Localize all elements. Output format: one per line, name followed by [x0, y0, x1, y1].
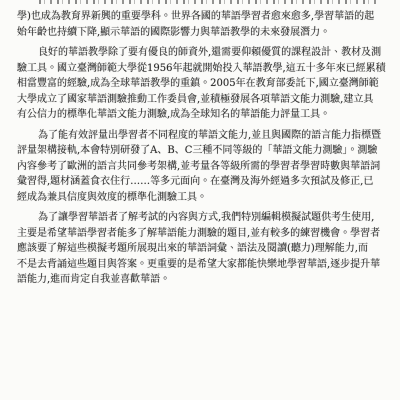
text-line: 語能力,進而肯定自我並喜歡華語。 — [17, 272, 390, 288]
text-line: 彙習得,題材涵蓋食衣住行……等多元面向。在臺灣及海外經過多次預試及修正,已 — [17, 174, 390, 190]
text-line: 經成為兼具信度與效度的標準化測驗工具。 — [17, 190, 390, 206]
text-line: 學)也成為教育界新興的重要學科。世界各國的華語學習者愈來愈多,學習華語的起 — [17, 9, 390, 25]
paragraph: 為了能有效評量出學習者不同程度的華語文能力,並且與國際的語言能力指標暨評量架構接… — [17, 128, 390, 206]
document-page: 學)也成為教育界新興的重要學科。世界各國的華語學習者愈來愈多,學習華語的起始年齡… — [0, 0, 400, 400]
text-line: 驗工具。國立臺灣師範大學從1956年起就開始投入華語教學,這五十多年來已經累積 — [17, 61, 390, 77]
text-line: 為了能有效評量出學習者不同程度的華語文能力,並且與國際的語言能力指標暨 — [17, 128, 390, 144]
text-line: 為了讓學習華語者了解考試的內容與方式,我們特別編輯模擬試題供考生使用, — [17, 210, 390, 226]
text-line: 應該要了解這些模擬考題所展現出來的華語詞彙、語法及閱讀(聽力)理解能力,而 — [17, 241, 390, 257]
text-line: 始年齡也持續下降,顯示華語的國際影響力與華語教學的未來發展潛力。 — [17, 25, 390, 41]
text-line: 主要是希望華語學習者能多了解華語能力測驗的題目,並有較多的練習機會。學習者 — [17, 226, 390, 242]
text-line: 不是去背誦這些題目與答案。更重要的是希望大家都能快樂地學習華語,逐步提升華 — [17, 257, 390, 273]
text-line: 相當豐富的經驗,成為全球華語教學的重鎮。2005年在教育部委託下,國立臺灣師範 — [17, 76, 390, 92]
text-line: 評量架構接軌,本會特別研發了A、B、C三種不同等級的「華語文能力測驗」。測驗 — [17, 143, 390, 159]
paragraphs: 學)也成為教育界新興的重要學科。世界各國的華語學習者愈來愈多,學習華語的起始年齡… — [17, 9, 390, 288]
text-line: 有公信力的標準化華語文能力測驗,成為全球知名的華語能力評量工具。 — [17, 107, 390, 123]
text-line: 良好的華語教學除了要有優良的師資外,還需要仰賴優質的課程設計、教材及測 — [17, 45, 390, 61]
text-line: 大學成立了國家華語測驗推動工作委員會,並積極發展各項華語文能力測驗,建立具 — [17, 92, 390, 108]
clipped-top-line — [37, 0, 378, 4]
paragraph: 學)也成為教育界新興的重要學科。世界各國的華語學習者愈來愈多,學習華語的起始年齡… — [17, 9, 390, 40]
text-line: 內容參考了歐洲的語言共同參考架構,並考量各等級所需的學習者學習時數與華語詞 — [17, 159, 390, 175]
paragraph: 良好的華語教學除了要有優良的師資外,還需要仰賴優質的課程設計、教材及測驗工具。國… — [17, 45, 390, 123]
paragraph: 為了讓學習華語者了解考試的內容與方式,我們特別編輯模擬試題供考生使用,主要是希望… — [17, 210, 390, 288]
